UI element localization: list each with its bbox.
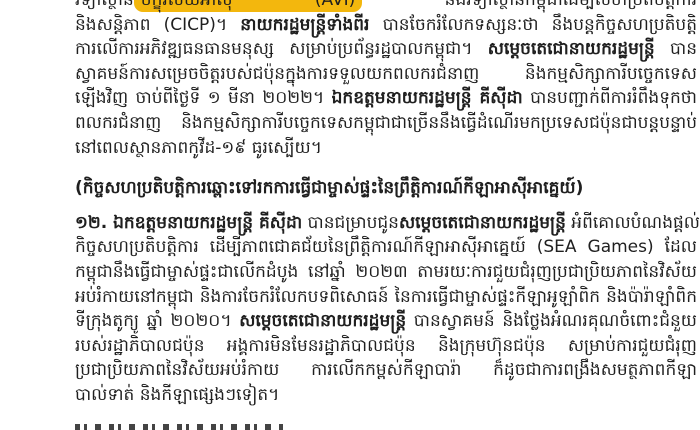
- text-segment: អំពីគោលបំណងផ្តល់: [566, 213, 700, 233]
- text-segment: កម្ពុជានឹងធ្វើជាម្ចាស់ផ្ទះជាលើកដំបូង នៅឆ…: [75, 262, 697, 282]
- text-segment: ប្រជាប្រិយភាពនៃវិស័យអប់រំកាយ ការលើកកម្ពស…: [75, 360, 697, 380]
- text-line: ពលករជំនាញ និងកម្មសិក្សាការីបច្ចេកទេសកម្ព…: [75, 111, 697, 136]
- text-line: អប់រំកាយនៅកម្ពុជា និងការចែករំលែកបទពិសោធន…: [75, 285, 697, 310]
- text-line: កម្ពុជានឹងធ្វើជាម្ចាស់ផ្ទះជាលើកដំបូង នៅឆ…: [75, 260, 697, 285]
- partial-next-line: [75, 424, 283, 430]
- text-segment: ពលករជំនាញ និងកម្មសិក្សាការីបច្ចេកទេសកម្ព…: [75, 113, 697, 133]
- text-segment: កិច្ចសហប្រតិបត្តិការ ដើម្បីភាពជោគជ័យនៃព្…: [75, 237, 697, 257]
- text-line: ប្រជាប្រិយភាពនៃវិស័យអប់រំកាយ ការលើកកម្ពស…: [75, 358, 697, 383]
- section-heading: (កិច្ចសហប្រតិបត្តិការឆ្ពោះទៅរកការធ្វើជាម…: [75, 176, 697, 201]
- text-line-cut-top: វិទ្យាស្ថានចក្ខុវិស័យអាស៊ី (AVI) និងវិទ្…: [75, 0, 697, 13]
- text-line: ១២. ឯកឧត្តមនាយករដ្ឋមន្ត្រី គីស៊ីដា បានជម…: [75, 211, 697, 236]
- text-segment: អប់រំកាយនៅកម្ពុជា និងការចែករំលែកបទពិសោធន…: [75, 287, 697, 307]
- document-text-column: វិទ្យាស្ថានចក្ខុវិស័យអាស៊ី (AVI) និងវិទ្…: [75, 0, 697, 408]
- bold-text: នាយករដ្ឋមន្ត្រីទាំងពីរ: [240, 15, 369, 35]
- paragraph-item-12: ១២. ឯកឧត្តមនាយករដ្ឋមន្ត្រី គីស៊ីដា បានជម…: [75, 211, 697, 408]
- bold-text: សម្តេចតេជោនាយករដ្ឋមន្ត្រី: [488, 39, 655, 59]
- highlighted-text: ចក្ខុវិស័យអាស៊ី (AVI): [134, 0, 363, 12]
- text-segment: បានស្វាគមន៍ និងថ្លែងអំណរគុណចំពោះជំនួយ: [406, 311, 697, 331]
- text-segment: នៅពេលស្ថានភាពកូវីដ-១៩ ធូរស្បើយ។: [75, 138, 322, 158]
- text-line: ស្វាគមន៍ការសម្រេចចិត្តរបស់ជប៉ុនក្នុងការទ…: [75, 62, 697, 87]
- text-line: របស់រដ្ឋាភិបាលជប៉ុន អង្គការមិនមែនរដ្ឋាភិ…: [75, 334, 697, 359]
- text-segment: ស្វាគមន៍ការសម្រេចចិត្តរបស់ជប៉ុនក្នុងការទ…: [75, 64, 697, 84]
- document-page: វិទ្យាស្ថានចក្ខុវិស័យអាស៊ី (AVI) និងវិទ្…: [0, 0, 700, 430]
- text-line: នៅពេលស្ថានភាពកូវីដ-១៩ ធូរស្បើយ។: [75, 136, 697, 161]
- text-segment: និងសន្តិភាព (CICP)។: [75, 15, 240, 35]
- text-line: ឡើងវិញ ចាប់ពីថ្ងៃទី ១ មីនា ២០២២។ ឯកឧត្តម…: [75, 86, 697, 111]
- text-segment: និងវិទ្យាស្ថានកម្ពុជាដើម្បីសហប្រតិបត្តិក…: [362, 0, 697, 10]
- text-segment: របស់រដ្ឋាភិបាលជប៉ុន អង្គការមិនមែនរដ្ឋាភិ…: [75, 336, 697, 356]
- text-line: និងសន្តិភាព (CICP)។ នាយករដ្ឋមន្ត្រីទាំងព…: [75, 13, 697, 38]
- bold-text: សម្តេចតេជោនាយករដ្ឋមន្ត្រី: [399, 213, 566, 233]
- text-segment: វិទ្យាស្ថាន: [75, 0, 134, 10]
- text-line: បាល់ទាត់ និងកីឡាផ្សេងៗទៀត។: [75, 383, 697, 408]
- text-segment: ទីក្រុងតូក្យូ ឆ្នាំ ២០២០។: [75, 311, 239, 331]
- bold-text: ឯកឧត្តមនាយករដ្ឋមន្ត្រី គីស៊ីដា: [332, 88, 523, 108]
- bold-text: សម្តេចតេជោនាយករដ្ឋមន្ត្រី: [239, 311, 406, 331]
- text-line: កិច្ចសហប្រតិបត្តិការ ដើម្បីភាពជោគជ័យនៃព្…: [75, 235, 697, 260]
- text-line: ទីក្រុងតូក្យូ ឆ្នាំ ២០២០។ សម្តេចតេជោនាយក…: [75, 309, 697, 334]
- text-line: ការលើការអភិវឌ្ឍធនធានមនុស្ស សម្រាប់ប្រព័ន…: [75, 37, 697, 62]
- text-segment: បានជម្រាបជូន: [302, 213, 399, 233]
- item-number-and-name: ១២. ឯកឧត្តមនាយករដ្ឋមន្ត្រី គីស៊ីដា: [75, 213, 302, 233]
- text-segment: បានចែករំលែកទស្សនៈថា នឹងបន្តកិច្ចសហប្រតិប…: [369, 15, 697, 35]
- text-segment: បានបញ្ជាក់ពីការរំពឹងទុកថា: [523, 88, 697, 108]
- text-segment: បាល់ទាត់ និងកីឡាផ្សេងៗទៀត។: [75, 385, 279, 405]
- paragraph-intro: វិទ្យាស្ថានចក្ខុវិស័យអាស៊ី (AVI) និងវិទ្…: [75, 0, 697, 160]
- text-segment: ឡើងវិញ ចាប់ពីថ្ងៃទី ១ មីនា ២០២២។: [75, 88, 332, 108]
- text-segment: បាន: [655, 39, 697, 59]
- text-segment: ការលើការអភិវឌ្ឍធនធានមនុស្ស សម្រាប់ប្រព័ន…: [75, 39, 488, 59]
